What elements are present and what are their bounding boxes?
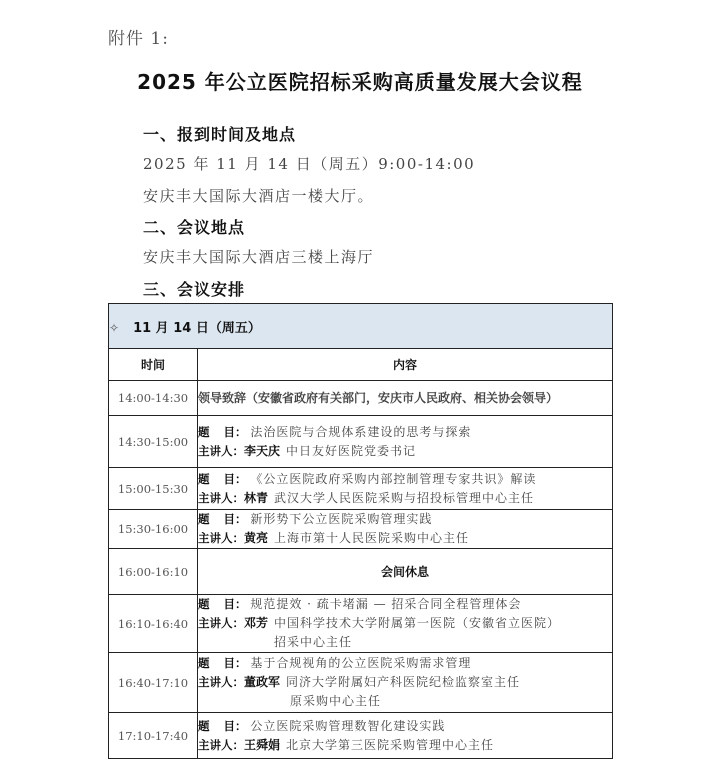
topic-line: 题目： 新形势下公立医院采购管理实践: [198, 510, 612, 529]
table-row: 14:30-15:00 题目： 法治医院与合规体系建设的思考与探索 主讲人：李天…: [109, 416, 613, 468]
speaker-label: 主讲人：: [198, 738, 244, 752]
speaker-label: 主讲人：: [198, 616, 244, 630]
section-heading-schedule: 三、会议安排: [143, 277, 245, 300]
row-time: 16:10-16:40: [109, 595, 198, 653]
topic-label: 题目：: [198, 719, 247, 733]
agenda-column-header: 时间 内容: [109, 349, 613, 381]
row-time: 14:00-14:30: [109, 381, 198, 416]
agenda-day-row: ✧11 月 14 日（周五）: [109, 304, 613, 349]
row-time: 16:40-17:10: [109, 653, 198, 713]
speaker-name: 李天庆: [244, 444, 280, 458]
speaker-label: 主讲人：: [198, 531, 244, 545]
break-label: 会间休息: [198, 549, 613, 595]
topic-label: 题目：: [198, 656, 247, 670]
speaker-name: 王舜娟: [244, 738, 280, 752]
topic-label: 题目：: [198, 425, 247, 439]
topic-text: 法治医院与合规体系建设的思考与探索: [250, 425, 471, 439]
speaker-affiliation: 上海市第十人民医院采购中心主任: [274, 531, 469, 545]
speaker-affiliation-continued: 原采购中心主任: [198, 692, 612, 711]
topic-text: 规范提效 · 疏卡堵漏 — 招采合同全程管理体会: [250, 597, 521, 611]
table-row: 15:30-16:00 题目： 新形势下公立医院采购管理实践 主讲人：黄亮上海市…: [109, 510, 613, 549]
topic-text: 《公立医院政府采购内部控制管理专家共识》解读: [250, 472, 536, 486]
topic-line: 题目： 《公立医院政府采购内部控制管理专家共识》解读: [198, 470, 612, 489]
row-content: 题目： 规范提效 · 疏卡堵漏 — 招采合同全程管理体会 主讲人：邓芳中国科学技…: [198, 595, 613, 653]
speaker-line: 主讲人：黄亮上海市第十人民医院采购中心主任: [198, 529, 612, 548]
speaker-label: 主讲人：: [198, 675, 244, 689]
section-heading-venue: 二、会议地点: [143, 215, 245, 238]
topic-text: 公立医院采购管理数智化建设实践: [250, 719, 445, 733]
speaker-line: 主讲人：李天庆中日友好医院党委书记: [198, 442, 612, 461]
table-row-break: 16:00-16:10 会间休息: [109, 549, 613, 595]
table-row: 15:00-15:30 题目： 《公立医院政府采购内部控制管理专家共识》解读 主…: [109, 468, 613, 510]
speaker-name: 黄亮: [244, 531, 268, 545]
topic-line: 题目： 公立医院采购管理数智化建设实践: [198, 717, 612, 736]
row-content: 题目： 《公立医院政府采购内部控制管理专家共识》解读 主讲人：林青武汉大学人民医…: [198, 468, 613, 510]
row-time: 15:00-15:30: [109, 468, 198, 510]
column-header-content: 内容: [198, 349, 613, 381]
row-time: 15:30-16:00: [109, 510, 198, 549]
speaker-affiliation: 中日友好医院党委书记: [286, 444, 416, 458]
diamond-icon: ✧: [109, 321, 119, 335]
table-row: 16:10-16:40 题目： 规范提效 · 疏卡堵漏 — 招采合同全程管理体会…: [109, 595, 613, 653]
topic-line: 题目： 规范提效 · 疏卡堵漏 — 招采合同全程管理体会: [198, 595, 612, 614]
topic-label: 题目：: [198, 512, 247, 526]
document-title: 2025 年公立医院招标采购高质量发展大会议程: [0, 66, 720, 95]
agenda-day-cell: ✧11 月 14 日（周五）: [109, 304, 613, 349]
speaker-name: 林青: [244, 491, 268, 505]
speaker-affiliation: 武汉大学人民医院采购与招投标管理中心主任: [274, 491, 534, 505]
row-content: 题目： 新形势下公立医院采购管理实践 主讲人：黄亮上海市第十人民医院采购中心主任: [198, 510, 613, 549]
speaker-affiliation-continued: 招采中心主任: [198, 633, 612, 652]
speaker-label: 主讲人：: [198, 444, 244, 458]
attachment-label: 附件 1:: [108, 24, 169, 49]
speaker-line: 主讲人：林青武汉大学人民医院采购与招投标管理中心主任: [198, 489, 612, 508]
topic-line: 题目： 基于合规视角的公立医院采购需求管理: [198, 654, 612, 673]
speaker-affiliation: 同济大学附属妇产科医院纪检监察室主任: [286, 675, 520, 689]
venue-text: 安庆丰大国际大酒店三楼上海厅: [143, 246, 374, 267]
row-time: 17:10-17:40: [109, 713, 198, 759]
speaker-line: 主讲人：董政军同济大学附属妇产科医院纪检监察室主任: [198, 673, 612, 692]
agenda-day-label: 11 月 14 日（周五）: [133, 321, 261, 336]
speaker-name: 邓芳: [244, 616, 268, 630]
topic-text: 新形势下公立医院采购管理实践: [250, 512, 432, 526]
row-content: 题目： 公立医院采购管理数智化建设实践 主讲人：王舜娟北京大学第三医院采购管理中…: [198, 713, 613, 759]
speaker-line: 主讲人：王舜娟北京大学第三医院采购管理中心主任: [198, 736, 612, 755]
speaker-label: 主讲人：: [198, 491, 244, 505]
row-content: 领导致辞（安徽省政府有关部门，安庆市人民政府、相关协会领导）: [198, 381, 613, 416]
speaker-affiliation: 中国科学技术大学附属第一医院（安徽省立医院）: [274, 616, 560, 630]
topic-label: 题目：: [198, 472, 247, 486]
registration-place: 安庆丰大国际大酒店一楼大厅。: [143, 185, 374, 206]
row-content: 题目： 基于合规视角的公立医院采购需求管理 主讲人：董政军同济大学附属妇产科医院…: [198, 653, 613, 713]
row-time: 14:30-15:00: [109, 416, 198, 468]
row-content: 题目： 法治医院与合规体系建设的思考与探索 主讲人：李天庆中日友好医院党委书记: [198, 416, 613, 468]
agenda-table: ✧11 月 14 日（周五） 时间 内容 14:00-14:30 领导致辞（安徽…: [108, 303, 613, 759]
table-row: 16:40-17:10 题目： 基于合规视角的公立医院采购需求管理 主讲人：董政…: [109, 653, 613, 713]
table-row: 14:00-14:30 领导致辞（安徽省政府有关部门，安庆市人民政府、相关协会领…: [109, 381, 613, 416]
topic-label: 题目：: [198, 597, 247, 611]
speaker-line: 主讲人：邓芳中国科学技术大学附属第一医院（安徽省立医院）: [198, 614, 612, 633]
row-time: 16:00-16:10: [109, 549, 198, 595]
speaker-name: 董政军: [244, 675, 280, 689]
speaker-affiliation: 北京大学第三医院采购管理中心主任: [286, 738, 494, 752]
topic-text: 基于合规视角的公立医院采购需求管理: [250, 656, 471, 670]
table-row: 17:10-17:40 题目： 公立医院采购管理数智化建设实践 主讲人：王舜娟北…: [109, 713, 613, 759]
registration-time: 2025 年 11 月 14 日（周五）9:00-14:00: [143, 153, 475, 174]
column-header-time: 时间: [109, 349, 198, 381]
section-heading-registration: 一、报到时间及地点: [143, 122, 296, 145]
topic-line: 题目： 法治医院与合规体系建设的思考与探索: [198, 423, 612, 442]
